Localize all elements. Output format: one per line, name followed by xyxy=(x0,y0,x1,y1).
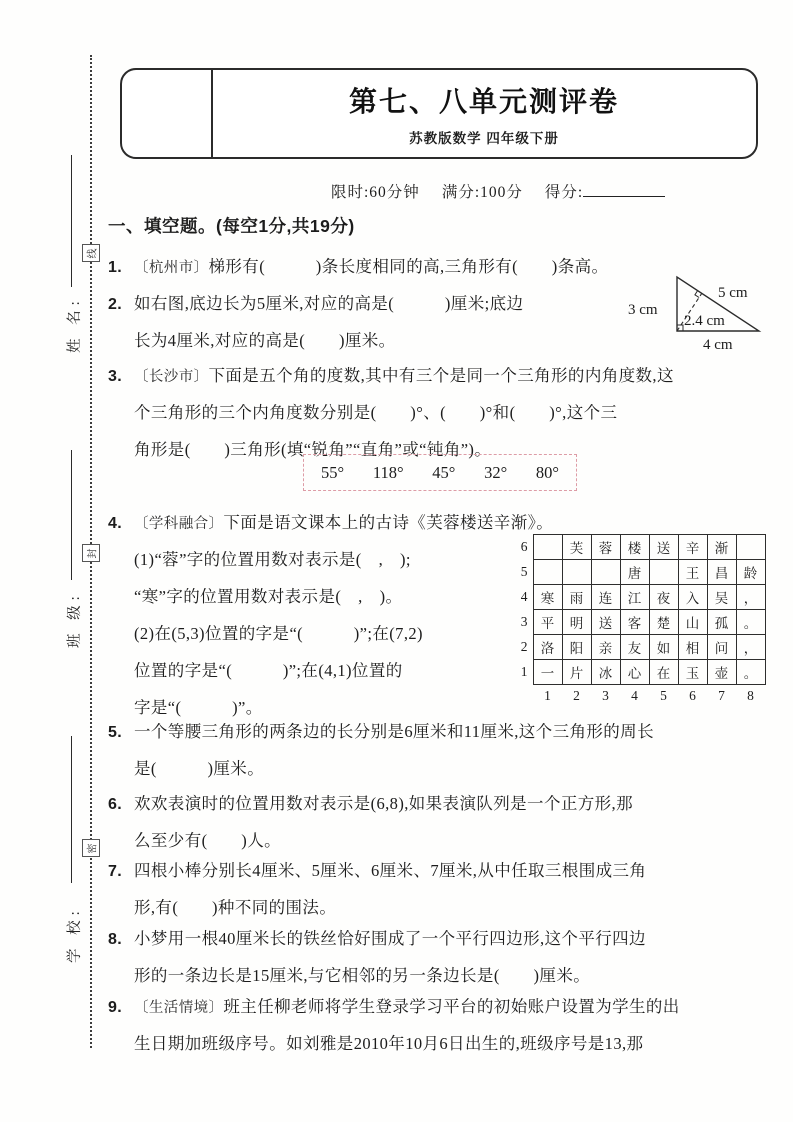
poem-grid-cell: 江 xyxy=(620,585,649,610)
question-text: 下面是五个角的度数,其中有三个是同一个三角形的内角度数,这 xyxy=(209,366,674,385)
poem-grid-cell: 冰 xyxy=(591,660,620,685)
poem-grid-cell: 平 xyxy=(533,610,562,635)
paper-title: 第七、八单元测评卷 xyxy=(349,80,619,120)
poem-grid-cell: 玉 xyxy=(678,660,707,685)
question-text: 梯形有( )条长度相同的高,三角形有( )条高。 xyxy=(209,257,609,276)
question-number: 6. xyxy=(108,786,134,823)
poem-grid-cell xyxy=(562,560,591,585)
poem-grid-cell: 送 xyxy=(591,610,620,635)
poem-grid-col-label: 5 xyxy=(649,685,678,707)
side-label-5cm: 5 cm xyxy=(718,285,748,301)
poem-grid-cell: 在 xyxy=(649,660,678,685)
question-number: 3. xyxy=(108,358,134,395)
poem-grid-cell: 芙 xyxy=(562,535,591,560)
poem-grid-cell xyxy=(591,560,620,585)
question-text: 欢欢表演时的位置用数对表示是(6,8),如果表演队列是一个正方形,那 xyxy=(134,794,633,813)
seal-char-box: 线 xyxy=(82,244,100,262)
poem-grid-cell: 唐 xyxy=(620,560,649,585)
question-text: 个三角形的三个内角度数分别是( )°、( )°和( )°,这个三 xyxy=(134,394,768,431)
info-line: 限时:60分钟满分:100分得分: xyxy=(331,180,665,202)
poem-grid-col-label: 3 xyxy=(591,685,620,707)
question-text: 如右图,底边长为5厘米,对应的高是( )厘米;底边 xyxy=(134,294,523,313)
poem-grid-col-label: 7 xyxy=(707,685,736,707)
time-limit-label: 限时:60分钟 xyxy=(331,184,420,201)
poem-grid-cell: 王 xyxy=(678,560,707,585)
question-tag: 〔生活情境〕 xyxy=(134,1000,223,1016)
poem-grid-cell: 楼 xyxy=(620,535,649,560)
title-box: 第七、八单元测评卷 苏教版数学 四年级下册 xyxy=(120,68,758,159)
degree-value: 118° xyxy=(373,463,404,483)
seal-char: 密 xyxy=(84,843,99,853)
poem-grid-cell: 送 xyxy=(649,535,678,560)
poem-grid-row-label: 2 xyxy=(505,635,533,660)
poem-grid-cell: 一 xyxy=(533,660,562,685)
poem-grid-cell: 寒 xyxy=(533,585,562,610)
name-writing-line xyxy=(71,155,72,287)
poem-grid-col-label: 4 xyxy=(620,685,649,707)
question-text: 是( )厘米。 xyxy=(134,750,768,787)
question-number: 9. xyxy=(108,989,134,1026)
full-score-label: 满分:100分 xyxy=(442,184,523,201)
question-tag: 〔长沙市〕 xyxy=(134,369,209,385)
poem-grid-cell: 雨 xyxy=(562,585,591,610)
question-number: 7. xyxy=(108,853,134,890)
question-text: 班主任柳老师将学生登录学习平台的初始账户设置为学生的出 xyxy=(223,997,679,1016)
question-text: 生日期加班级序号。如刘雅是2010年10月6日出生的,班级序号是13,那 xyxy=(134,1025,768,1062)
poem-grid-cell: 。 xyxy=(736,610,765,635)
altitude-label-2-4cm: 2.4 cm xyxy=(684,313,725,329)
poem-grid-corner xyxy=(505,685,533,707)
poem-grid-cell: 洛 xyxy=(533,635,562,660)
degree-value: 32° xyxy=(484,463,507,483)
degree-value: 80° xyxy=(536,463,559,483)
question-7: 7.四根小棒分别长4厘米、5厘米、6厘米、7厘米,从中任取三根围成三角 形,有(… xyxy=(108,852,768,926)
poem-grid-cell: 问 xyxy=(707,635,736,660)
right-triangle-figure: 3 cm 5 cm 2.4 cm 4 cm xyxy=(620,271,770,353)
paper-subtitle: 苏教版数学 四年级下册 xyxy=(409,127,559,147)
question-text: 四根小棒分别长4厘米、5厘米、6厘米、7厘米,从中任取三根围成三角 xyxy=(134,861,646,880)
poem-coordinate-grid: 6芙蓉楼送辛渐5唐王昌龄4寒雨连江夜入吴，3平明送客楚山孤。2洛阳亲友如相问，1… xyxy=(505,534,766,706)
poem-grid-cell: 连 xyxy=(591,585,620,610)
poem-grid-cell: 龄 xyxy=(736,560,765,585)
poem-grid-cell: 客 xyxy=(620,610,649,635)
section-1-heading: 一、填空题。(每空1分,共19分) xyxy=(108,213,355,238)
poem-grid-cell xyxy=(533,535,562,560)
question-number: 4. xyxy=(108,505,134,542)
name-label: 姓 名: xyxy=(63,296,84,353)
poem-grid-cell: 阳 xyxy=(562,635,591,660)
class-label: 班 级: xyxy=(63,591,84,648)
question-text: 小梦用一根40厘米长的铁丝恰好围成了一个平行四边形,这个平行四边 xyxy=(134,929,646,948)
question-number: 2. xyxy=(108,286,134,323)
side-label-3cm: 3 cm xyxy=(628,302,658,318)
score-blank xyxy=(583,181,665,197)
question-text: 下面是语文课本上的古诗《芙蓉楼送辛渐》。 xyxy=(223,513,553,532)
poem-grid-row-label: 6 xyxy=(505,535,533,560)
seal-char-box: 密 xyxy=(82,839,100,857)
poem-grid-cell xyxy=(533,560,562,585)
question-tag: 〔杭州市〕 xyxy=(134,260,209,276)
class-writing-line xyxy=(71,450,72,580)
poem-grid-cell: 辛 xyxy=(678,535,707,560)
question-8: 8.小梦用一根40厘米长的铁丝恰好围成了一个平行四边形,这个平行四边 形的一条边… xyxy=(108,920,768,994)
question-3: 3.〔长沙市〕下面是五个角的度数,其中有三个是同一个三角形的内角度数,这 个三角… xyxy=(108,357,768,468)
poem-grid-cell xyxy=(736,535,765,560)
poem-grid-cell: 入 xyxy=(678,585,707,610)
poem-grid-cell: 山 xyxy=(678,610,707,635)
question-tag: 〔学科融合〕 xyxy=(134,516,223,532)
poem-grid-table: 6芙蓉楼送辛渐5唐王昌龄4寒雨连江夜入吴，3平明送客楚山孤。2洛阳亲友如相问，1… xyxy=(505,534,766,706)
poem-grid-cell: 蓉 xyxy=(591,535,620,560)
poem-grid-col-label: 1 xyxy=(533,685,562,707)
question-5: 5.一个等腰三角形的两条边的长分别是6厘米和11厘米,这个三角形的周长 是( )… xyxy=(108,713,768,787)
poem-grid-cell: 楚 xyxy=(649,610,678,635)
poem-grid-cell: 昌 xyxy=(707,560,736,585)
question-number: 5. xyxy=(108,714,134,751)
poem-grid-row-label: 3 xyxy=(505,610,533,635)
poem-grid-cell: 如 xyxy=(649,635,678,660)
seal-char: 线 xyxy=(84,248,99,258)
poem-grid-cell xyxy=(649,560,678,585)
poem-grid-col-label: 8 xyxy=(736,685,765,707)
school-label: 学 校: xyxy=(63,906,84,963)
seal-char-box: 封 xyxy=(82,544,100,562)
seal-char: 封 xyxy=(84,548,99,558)
score-label: 得分: xyxy=(545,184,583,201)
poem-grid-cell: ， xyxy=(736,635,765,660)
poem-grid-cell: 心 xyxy=(620,660,649,685)
poem-grid-cell: 渐 xyxy=(707,535,736,560)
question-9: 9.〔生活情境〕班主任柳老师将学生登录学习平台的初始账户设置为学生的出 生日期加… xyxy=(108,988,768,1062)
question-text: 一个等腰三角形的两条边的长分别是6厘米和11厘米,这个三角形的周长 xyxy=(134,722,654,741)
poem-grid-cell: 。 xyxy=(736,660,765,685)
question-number: 8. xyxy=(108,921,134,958)
poem-grid-cell: 相 xyxy=(678,635,707,660)
poem-grid-cell: 壶 xyxy=(707,660,736,685)
poem-grid-row-label: 5 xyxy=(505,560,533,585)
side-label-4cm: 4 cm xyxy=(703,337,733,353)
question-6: 6.欢欢表演时的位置用数对表示是(6,8),如果表演队列是一个正方形,那 么至少… xyxy=(108,785,768,859)
poem-grid-cell: 夜 xyxy=(649,585,678,610)
poem-grid-col-label: 2 xyxy=(562,685,591,707)
poem-grid-cell: 片 xyxy=(562,660,591,685)
school-writing-line xyxy=(71,736,72,883)
poem-grid-cell: 友 xyxy=(620,635,649,660)
test-paper-page: 姓 名: 班 级: 学 校: 线 封 密 第七、八单元测评卷 苏教版数学 四年级… xyxy=(0,0,793,1122)
poem-grid-col-label: 6 xyxy=(678,685,707,707)
poem-grid-cell: 吴 xyxy=(707,585,736,610)
poem-grid-cell: 明 xyxy=(562,610,591,635)
poem-grid-cell: 孤 xyxy=(707,610,736,635)
poem-grid-row-label: 4 xyxy=(505,585,533,610)
poem-grid-cell: ， xyxy=(736,585,765,610)
degree-value: 45° xyxy=(432,463,455,483)
question-number: 1. xyxy=(108,249,134,286)
degree-value: 55° xyxy=(321,463,344,483)
poem-grid-cell: 亲 xyxy=(591,635,620,660)
poem-grid-row-label: 1 xyxy=(505,660,533,685)
degree-values-box: 55° 118° 45° 32° 80° xyxy=(303,454,577,491)
